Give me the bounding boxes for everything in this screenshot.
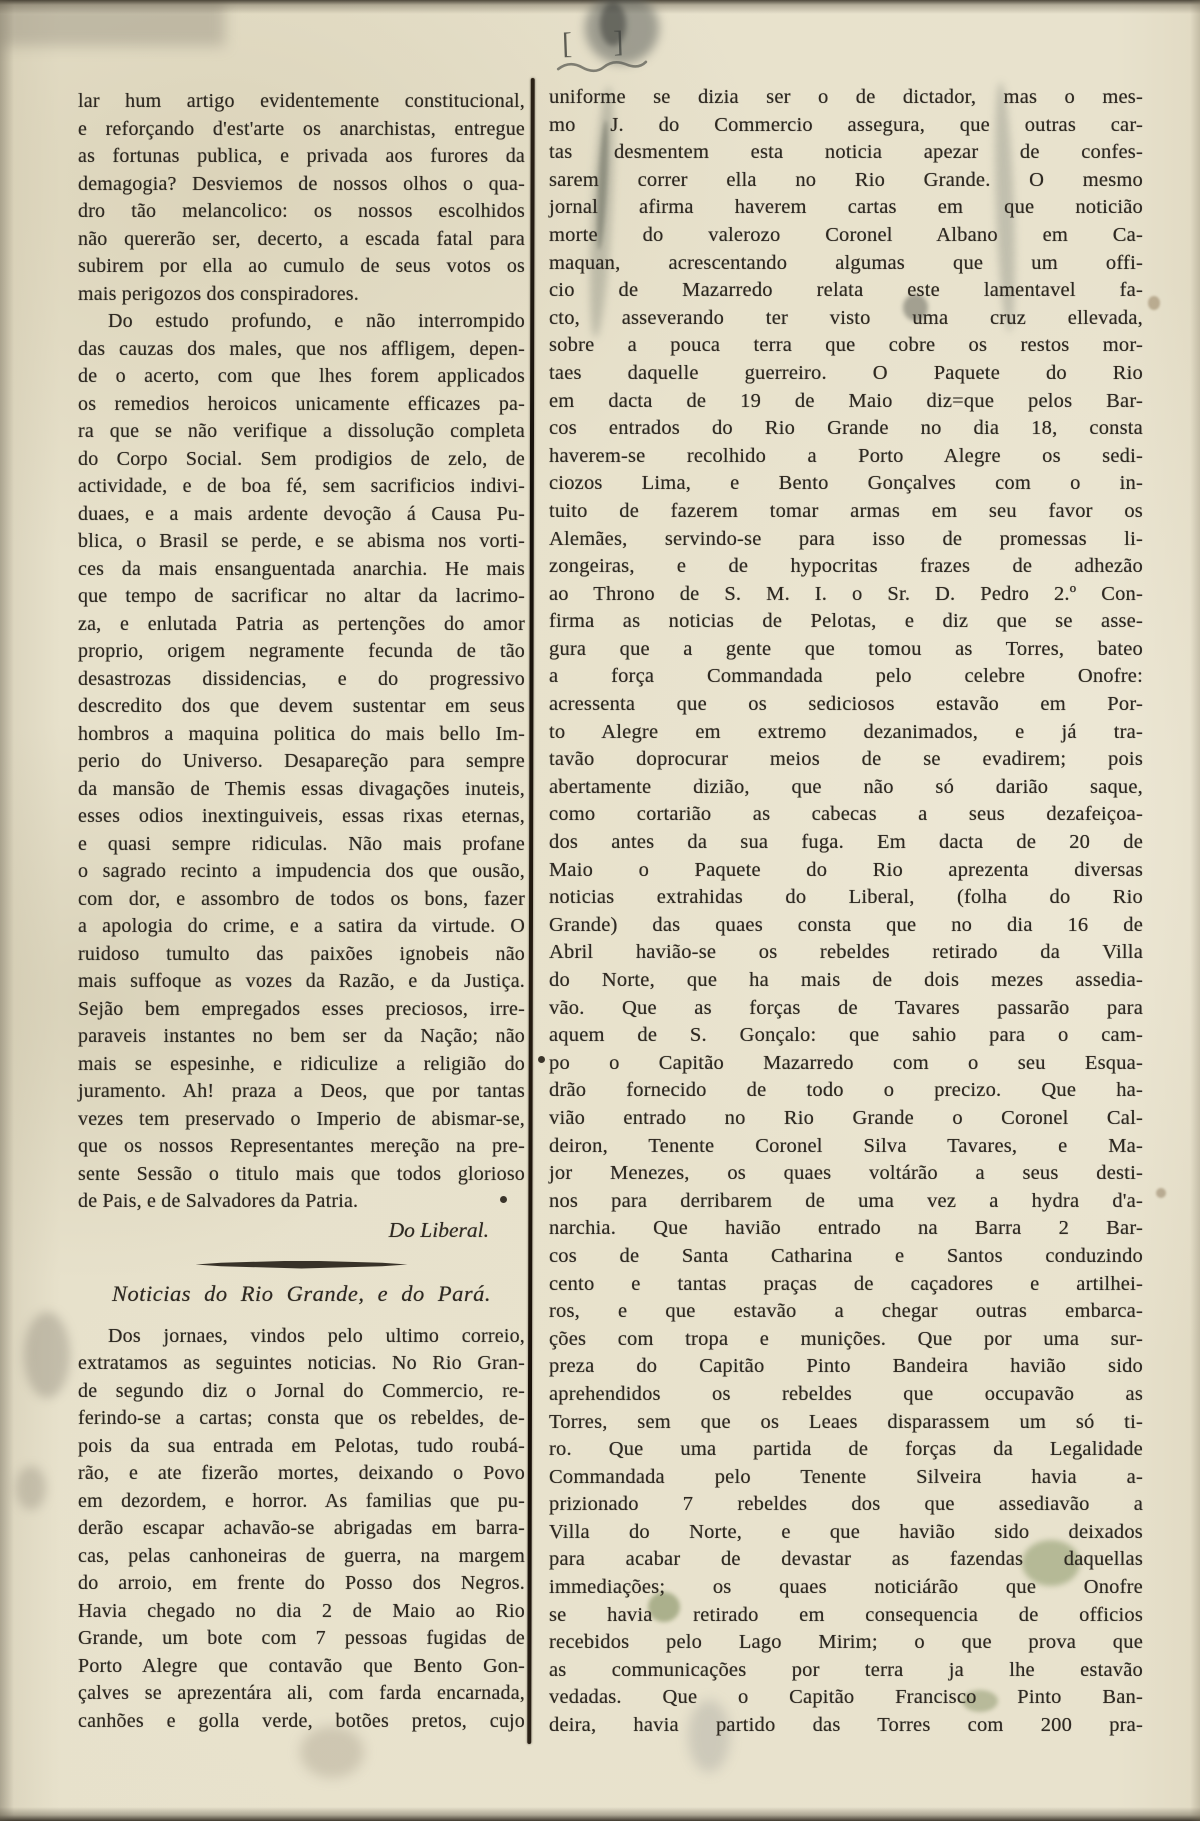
text-line: çalves se aprezentára ali, com farda enc… (78, 1680, 525, 1708)
text-line: demagogia? Desviemos de nossos olhos o q… (78, 171, 525, 199)
text-line: derão escapar achavão-se abrigadas em ba… (78, 1515, 525, 1543)
text-line: e reforçando d'est'arte os anarchistas, … (78, 116, 525, 144)
text-line: cio de Mazarredo relata este lamentavel … (549, 277, 1143, 305)
margin-mark (16, 1466, 46, 1510)
text-line: a força Commandada pelo celebre Onofre: (549, 663, 1143, 691)
text-line: drão fornecido de todo o precizo. Que ha… (549, 1077, 1143, 1105)
text-line: as communicações por terra ja lhe estavã… (549, 1657, 1143, 1685)
text-line: za, e enlutada Patria as pertenções do a… (78, 611, 525, 639)
text-line: dos antes da sua fuga. Em dacta de 20 de (549, 829, 1143, 857)
text-line: de segundo diz o Jornal do Commercio, re… (78, 1378, 525, 1406)
text-line: morte do valerozo Coronel Albano em Ca- (549, 222, 1143, 250)
text-line: Porto Alegre que contavão que Bento Gon- (78, 1653, 525, 1681)
text-line: immediações; os quaes noticiárão que Ono… (549, 1574, 1143, 1602)
text-line: ções com tropa e munições. Que por uma s… (549, 1326, 1143, 1354)
paragraph: Do estudo profundo, e não interrompidoda… (78, 308, 525, 1216)
text-line: to Alegre em extremo dezanimados, e já t… (549, 719, 1143, 747)
text-line: em dacta de 19 de Maio diz=que pelos Bar… (549, 388, 1143, 416)
text-line: cto, asseverando ter visto uma cruz elle… (549, 305, 1143, 333)
text-line: recebidos pelo Lago Mirim; o que prova q… (549, 1629, 1143, 1657)
text-line: a apologia do crime, e a satira da virtu… (78, 913, 525, 941)
text-line: Maio o Paquete do Rio aprezenta diversas (549, 857, 1143, 885)
text-line: as fortunas publica, e privada aos furor… (78, 143, 525, 171)
text-line: rão, e ate fizerão mortes, deixando o Po… (78, 1460, 525, 1488)
text-line: perio do Universo. Desapareção para semp… (78, 748, 525, 776)
text-line: Dos jornaes, vindos pelo ultimo correio, (78, 1323, 525, 1351)
text-line: tuito de fazerem tomar armas em seu favo… (549, 498, 1143, 526)
text-line: juramento. Ah! praza a Deos, que por tan… (78, 1078, 525, 1106)
column-rule (527, 78, 534, 1744)
paragraph: uniforme se dizia ser o de dictador, mas… (549, 84, 1143, 1740)
text-line: das cauzas dos males, que nos affligem, … (78, 336, 525, 364)
text-line: blica, o Brasil se perde, e se abisma no… (78, 528, 525, 556)
text-line: Sejão bem empregados esses preciosos, ir… (78, 996, 525, 1024)
ink-dot (538, 1056, 545, 1063)
text-line: Grande) das quaes consta que no dia 16 d… (549, 912, 1143, 940)
text-line: tas desmentem esta noticia apezar de con… (549, 139, 1143, 167)
text-line: gura que a gente que tomou as Torres, ba… (549, 636, 1143, 664)
text-line: preza do Capitão Pinto Bandeira havião s… (549, 1353, 1143, 1381)
text-line: po o Capitão Mazarredo com o seu Esqua- (549, 1050, 1143, 1078)
page-edge-right (1190, 0, 1200, 1821)
text-line: esses odios inextinguiveis, essas rixas … (78, 803, 525, 831)
text-line: os remedios heroicos unicamente efficaze… (78, 391, 525, 419)
text-line: e quasi sempre ridiculas. Não mais profa… (78, 831, 525, 859)
text-line: desastrozas dissidencias, e do progressi… (78, 666, 525, 694)
text-line: Commandada pelo Tenente Silveira havia a… (549, 1464, 1143, 1492)
text-line: cas, pelas canhoneiras de guerra, na mar… (78, 1543, 525, 1571)
text-line: dro tão melancolico: os nossos escolhido… (78, 198, 525, 226)
text-line: cos de Santa Catharina e Santos conduzin… (549, 1243, 1143, 1271)
source-attribution: Do Liberal. (78, 1216, 525, 1245)
text-line: haverem-se recolhido a Porto Alegre os s… (549, 443, 1143, 471)
text-line: actividade, e de boa fé, sem sacrificios… (78, 473, 525, 501)
text-line: Abril havião-se os rebeldes retirado da … (549, 939, 1143, 967)
text-line: da mansão de Themis essas divagações inu… (78, 776, 525, 804)
newspaper-page: [ ] lar hum artigo evidentemente constit… (0, 0, 1200, 1821)
text-line: extratamos as seguintes noticias. No Rio… (78, 1350, 525, 1378)
text-line: descredito dos que devem sustentar em se… (78, 693, 525, 721)
text-line: para acabar de devastar as fazendas daqu… (549, 1546, 1143, 1574)
text-line: ros, e que estavão a chegar outras embar… (549, 1298, 1143, 1326)
text-line: deira, havia partido das Torres com 200 … (549, 1712, 1143, 1740)
text-line: vião entrado no Rio Grande o Coronel Cal… (549, 1105, 1143, 1133)
text-line: sente Sessão o titulo mais que todos glo… (78, 1161, 525, 1189)
text-line: não quererão ser, decerto, a escada fata… (78, 226, 525, 254)
text-line: ferindo-se a cartas; consta que os rebel… (78, 1405, 525, 1433)
text-line: ces da mais ensanguentada anarchia. He m… (78, 556, 525, 584)
text-line: vezes tem preservado o Imperio de abisma… (78, 1106, 525, 1134)
text-line: zongeiras, e de hypocritas frazes de adh… (549, 553, 1143, 581)
text-line: mo J. do Commercio assegura, que outras … (549, 112, 1143, 140)
text-line: Havia chegado no dia 2 de Maio ao Rio (78, 1598, 525, 1626)
text-line: cos entrados do Rio Grande no dia 18, co… (549, 415, 1143, 443)
text-line: mais se espesinhe, e ridiculize a religi… (78, 1051, 525, 1079)
margin-mark (24, 1312, 70, 1398)
text-line: nos para derribarem de uma vez a hydra d… (549, 1188, 1143, 1216)
paragraph: Dos jornaes, vindos pelo ultimo correio,… (78, 1323, 525, 1736)
text-line: acressenta que os sediciosos estavão em … (549, 691, 1143, 719)
text-line: aprehendidos os rebeldes que occupavão a… (549, 1381, 1143, 1409)
text-line: em dezordem, e horror. As familias que p… (78, 1488, 525, 1516)
text-line: tavão doprocurar meios de se evadirem; p… (549, 746, 1143, 774)
text-line: Do estudo profundo, e não interrompido (78, 308, 525, 336)
text-line: vão. Que as forças de Tavares passarão p… (549, 995, 1143, 1023)
paragraph: lar hum artigo evidentemente constitucio… (78, 88, 525, 308)
text-line: ro. Que uma partida de forças da Legalid… (549, 1436, 1143, 1464)
text-line: sarem correr ella no Rio Grande. O mesmo (549, 167, 1143, 195)
text-line: de o acerto, com que lhes forem applicad… (78, 363, 525, 391)
section-divider (196, 1261, 408, 1269)
text-line: do Norte, que ha mais de dois mezes asse… (549, 967, 1143, 995)
text-line: aquem de S. Gonçalo: que sahio para o ca… (549, 1022, 1143, 1050)
text-line: ra que se não verifique a dissolução com… (78, 418, 525, 446)
text-line: mais perigozos dos conspiradores. (78, 281, 525, 309)
ink-stain (0, 0, 225, 46)
text-line: deiron, Tenente Coronel Silva Tavares, e… (549, 1133, 1143, 1161)
text-line: cento e tantas praças de caçadores e art… (549, 1271, 1143, 1299)
text-line: duaes, e a mais ardente devoção á Causa … (78, 501, 525, 529)
text-line: ruidoso tumulto das paixões ignobeis não (78, 941, 525, 969)
text-line: uniforme se dizia ser o de dictador, mas… (549, 84, 1143, 112)
text-line: o sagrado recinto a impudencia dos que o… (78, 858, 525, 886)
paper-speck (1148, 296, 1160, 310)
page-edge-left (0, 0, 14, 1821)
text-line: Grande, um bote com 7 pessoas fugidas de (78, 1625, 525, 1653)
page-edge-bottom (0, 1807, 1200, 1821)
text-line: de Pais, e de Salvadores da Patria. (78, 1188, 525, 1216)
text-line: com dor, e assombro de todos os bons, fa… (78, 886, 525, 914)
text-line: proprio, origem negramente fecunda de tã… (78, 638, 525, 666)
text-line: prizionado 7 rebeldes dos que assediavão… (549, 1491, 1143, 1519)
text-line: se havia retirado em consequencia de off… (549, 1602, 1143, 1630)
text-line: taes daquelle guerreiro. O Paquete do Ri… (549, 360, 1143, 388)
text-line: Torres, sem que os Leaes disparassem um … (549, 1409, 1143, 1437)
text-line: vedadas. Que o Capitão Francisco Pinto B… (549, 1684, 1143, 1712)
text-line: como cortarião as cabecas a seus dezafei… (549, 801, 1143, 829)
section-heading: Noticias do Rio Grande, e do Pará. (78, 1279, 525, 1309)
text-line: jornal afirma haverem cartas em que noti… (549, 194, 1143, 222)
text-line: que os nossos Representantes mereção na … (78, 1133, 525, 1161)
left-column: lar hum artigo evidentemente constitucio… (78, 88, 525, 1735)
text-line: ciozos Lima, e Bento Gonçalves com o in- (549, 470, 1143, 498)
text-line: mais suffoque as vozes da Razão, e da Ju… (78, 968, 525, 996)
text-line: do Corpo Social. Sem prodigios de zelo, … (78, 446, 525, 474)
text-line: sobre a pouca terra que cobre os restos … (549, 332, 1143, 360)
text-line: canhões e golla verde, botões pretos, cu… (78, 1708, 525, 1736)
right-column: uniforme se dizia ser o de dictador, mas… (549, 84, 1143, 1740)
text-line: paraveis instantes no bem ser da Nação; … (78, 1023, 525, 1051)
text-line: narchia. Que havião entrado na Barra 2 B… (549, 1215, 1143, 1243)
text-line: subirem por ella ao cumulo de seus votos… (78, 253, 525, 281)
page-edge-top (0, 0, 1200, 14)
text-line: hombros a maquina politica do mais bello… (78, 721, 525, 749)
text-line: maquan, acrescentando algumas que um off… (549, 250, 1143, 278)
text-line: abertamente dizião, que não só darião sa… (549, 774, 1143, 802)
text-line: ao Throno de S. M. I. o Sr. D. Pedro 2.º… (549, 581, 1143, 609)
text-line: que tempo de sacrificar no altar da lacr… (78, 583, 525, 611)
text-line: Alemães, servindo-se para isso de promes… (549, 526, 1143, 554)
text-line: jor Menezes, os quaes voltárão a seus de… (549, 1160, 1143, 1188)
paper-speck (1156, 1188, 1166, 1198)
text-line: firma as noticias de Pelotas, e diz que … (549, 608, 1143, 636)
text-line: noticias extrahidas do Liberal, (folha d… (549, 884, 1143, 912)
text-line: pois da sua entrada em Pelotas, tudo rou… (78, 1433, 525, 1461)
text-line: do arroio, em frente do Posso dos Negros… (78, 1570, 525, 1598)
text-line: lar hum artigo evidentemente constitucio… (78, 88, 525, 116)
text-line: Villa do Norte, e que havião sido deixad… (549, 1519, 1143, 1547)
